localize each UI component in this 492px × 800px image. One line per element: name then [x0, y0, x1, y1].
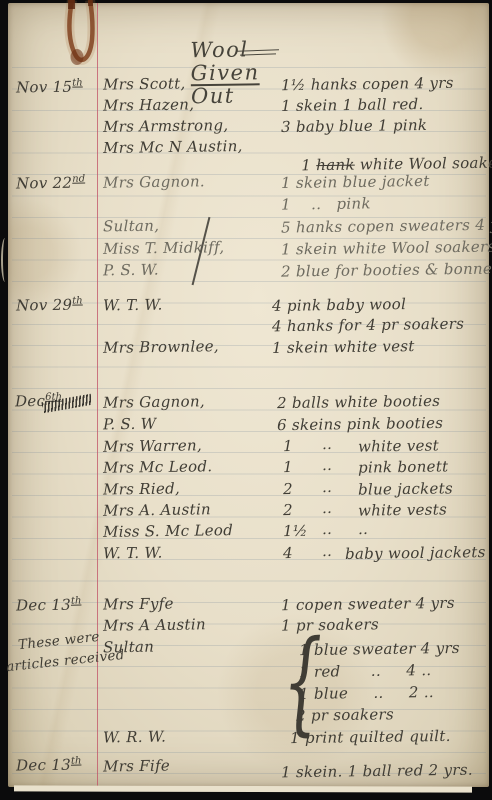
name-cell: W. T. W.: [103, 545, 163, 562]
qty-num: 2: [283, 481, 293, 498]
ditto-mark: ..: [322, 436, 332, 453]
name-cell: Sultan: [103, 639, 154, 656]
name-cell: Sultan,: [103, 218, 159, 235]
qty-cell: 3 baby blue 1 pink: [281, 117, 427, 136]
qty-cell: 4 hanks for 4 pr soakers: [272, 316, 464, 335]
name-cell: Mrs A Austin: [103, 616, 206, 634]
qty-item: ..: [358, 521, 368, 538]
name-cell: Mrs Gagnon,: [103, 393, 205, 411]
ditto-mark: ..: [322, 457, 332, 474]
qty-cell: 1 skein white vest: [272, 338, 415, 356]
next-page-edge: [14, 785, 472, 792]
name-cell: Mrs Mc N Austin,: [103, 138, 243, 156]
qty-cell: 1 skein white Wool soakers: [281, 239, 492, 258]
qty-cell: 6 skeins pink booties: [277, 415, 443, 434]
name-cell: Mrs Fife: [103, 758, 170, 775]
qty-item: pink bonett: [358, 458, 449, 476]
name-cell: P. S. W.: [103, 262, 159, 279]
qty-cell: 1 skein. 1 ball red 2 yrs.: [281, 762, 473, 781]
name-cell: Mrs Warren,: [103, 437, 202, 455]
red-margin-line: [97, 3, 98, 787]
date-label: Nov 29th: [16, 296, 83, 314]
qty-cell: 1 red .. 4 ..: [299, 662, 432, 680]
name-cell: Miss S. Mc Leod: [103, 522, 233, 540]
qty-num: 1½: [283, 523, 308, 540]
name-cell: P. S. W: [103, 416, 157, 433]
qty-cell: 1 .. pink: [281, 195, 371, 213]
qty-num: 1: [283, 459, 293, 476]
title-word-given: Given: [191, 60, 260, 85]
qty-item: white vests: [358, 501, 447, 519]
title-word-out: Out: [191, 84, 235, 109]
name-cell: W. R. W.: [103, 729, 166, 746]
scanned-ledger-photo: Wool Given Out Nov 15th Mrs Scott, 1½ ha…: [0, 0, 492, 800]
qty-cell: 1 copen sweater 4 yrs: [281, 595, 455, 614]
name-cell: Mrs Fyfe: [103, 596, 174, 613]
qty-cell: 1 blue .. 2 ..: [299, 684, 434, 702]
qty-cell: 1 print quilted quilt.: [290, 728, 451, 747]
name-cell: Mrs Brownlee,: [103, 338, 219, 356]
date-label: Nov 22nd: [16, 174, 85, 192]
qty-cell: 2 blue for booties & bonnets: [281, 260, 492, 280]
qty-cell: 2 balls white booties: [277, 393, 440, 412]
ditto-mark: ..: [322, 521, 332, 538]
qty-cell: 1½ hanks copen 4 yrs: [281, 75, 454, 94]
name-cell: Miss T. Midkiff,: [103, 239, 225, 257]
name-cell: Mrs Gagnon.: [103, 173, 205, 191]
qty-num: 1: [283, 438, 293, 455]
qty-cell: 5 hanks copen sweaters 4 yrs: [281, 216, 492, 236]
qty-num: 2: [283, 502, 293, 519]
name-cell: W. T. W.: [103, 297, 163, 314]
qty-cell: 1 skein 1 ball red.: [281, 96, 424, 114]
date-label: Nov 15th: [16, 78, 83, 96]
qty-cell: 4 pink baby wool: [272, 296, 406, 314]
qty-item: white vest: [358, 437, 439, 455]
qty-cell: 1 blue sweater 4 yrs: [299, 640, 460, 659]
qty-item: baby wool jackets: [345, 544, 486, 562]
qty-cell: 1 skein blue jacket: [281, 173, 430, 192]
previous-page-edge: [1, 238, 9, 282]
date-label: Dec 13th: [16, 756, 82, 774]
ditto-mark: ..: [322, 543, 332, 560]
name-cell: Mrs A. Austin: [103, 501, 211, 519]
struck-word: hank: [316, 155, 355, 174]
name-cell: Mrs Hazen,: [103, 96, 194, 114]
qty-item: blue jackets: [358, 480, 453, 498]
name-cell: Mrs Armstrong,: [103, 117, 229, 135]
date-label: Dec 13th: [16, 596, 82, 614]
name-cell: Mrs Ried,: [103, 480, 180, 498]
ditto-mark: ..: [322, 479, 332, 496]
ditto-mark: ..: [322, 500, 332, 517]
qty-cell: 2 pr soakers: [296, 706, 394, 724]
name-cell: Mrs Scott,: [103, 75, 186, 93]
rust-stain: [55, 0, 107, 72]
name-cell: Mrs Mc Leod.: [103, 458, 213, 476]
qty-num: 4: [283, 545, 293, 562]
